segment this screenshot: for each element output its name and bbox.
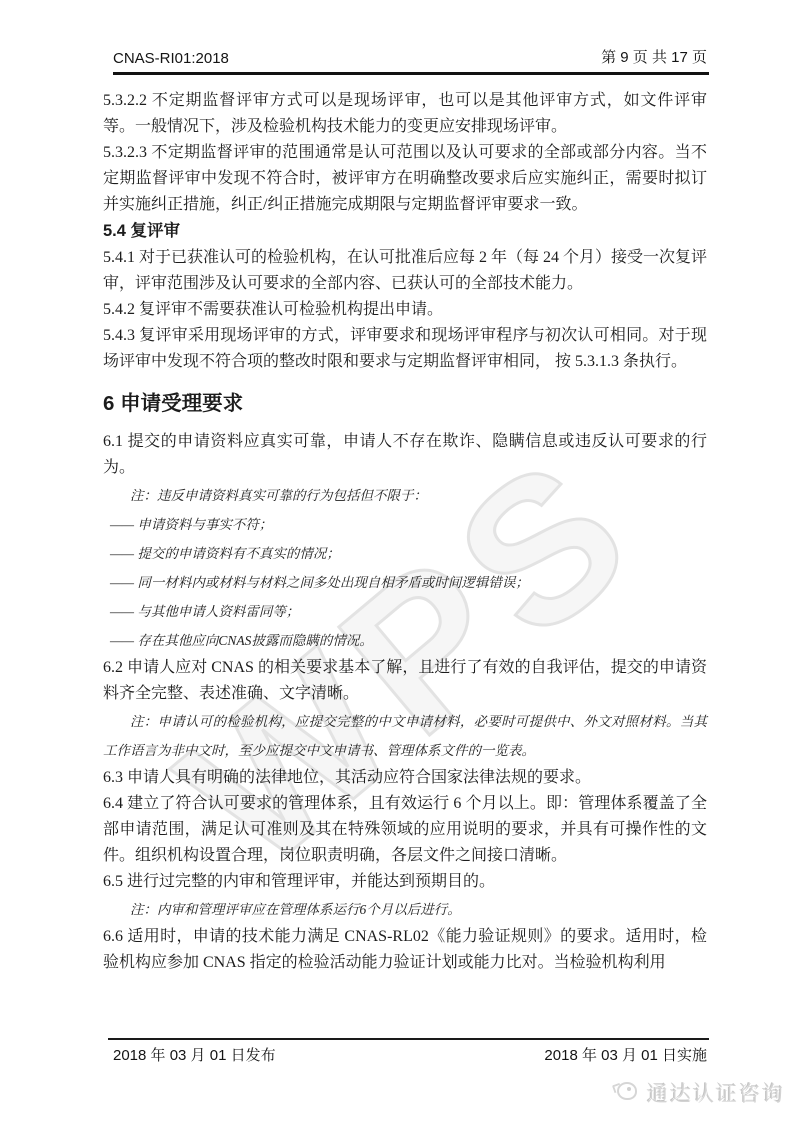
brand-watermark: 通达认证咨询 xyxy=(613,1078,785,1108)
clause-paragraph: 6.1 提交的申请资料应真实可靠，申请人不存在欺诈、隐瞒信息或违反认可要求的行为… xyxy=(103,429,707,481)
clause-paragraph: 6.5 进行过完整的内审和管理评审，并能达到预期目的。 xyxy=(103,869,707,895)
clause-paragraph: 5.3.2.2 不定期监督评审方式可以是现场评审，也可以是其他评审方式，如文件评… xyxy=(103,88,707,140)
note-list-item: —— 与其他申请人资料雷同等； xyxy=(103,597,707,626)
note-list-item: —— 存在其他应向CNAS披露而隐瞒的情况。 xyxy=(103,626,707,655)
chapter-heading: 6 申请受理要求 xyxy=(103,388,707,420)
note-list-item: —— 提交的申请资料有不真实的情况； xyxy=(103,539,707,568)
clause-paragraph: 6.3 申请人具有明确的法律地位，其活动应符合国家法律法规的要求。 xyxy=(103,765,707,791)
page-header: CNAS-RI01:2018 第 9 页 共 17 页 xyxy=(113,46,707,67)
chat-bubble-logo-icon xyxy=(613,1082,639,1104)
note-list-item: —— 申请资料与事实不符； xyxy=(103,510,707,539)
clause-paragraph: 5.4.1 对于已获准认可的检验机构，在认可批准后应每 2 年（每 24 个月）… xyxy=(103,245,707,297)
clause-paragraph: 5.3.2.3 不定期监督评审的范围通常是认可范围以及认可要求的全部或部分内容。… xyxy=(103,140,707,218)
document-body: 5.3.2.2 不定期监督评审方式可以是现场评审，也可以是其他评审方式，如文件评… xyxy=(103,88,707,976)
brand-name: 通达认证咨询 xyxy=(647,1078,785,1108)
clause-paragraph: 6.6 适用时，申请的技术能力满足 CNAS-RL02《能力验证规则》的要求。适… xyxy=(103,924,707,976)
note-text: 注：违反申请资料真实可靠的行为包括但不限于： xyxy=(103,481,707,510)
footer-rule xyxy=(108,1038,709,1040)
clause-paragraph: 6.4 建立了符合认可要求的管理体系，且有效运行 6 个月以上。即：管理体系覆盖… xyxy=(103,791,707,869)
issue-date: 2018 年 03 月 01 日发布 xyxy=(113,1044,276,1065)
clause-paragraph: 6.2 申请人应对 CNAS 的相关要求基本了解，且进行了有效的自我评估，提交的… xyxy=(103,655,707,707)
note-list-item: —— 同一材料内或材料与材料之间多处出现自相矛盾或时间逻辑错误； xyxy=(103,568,707,597)
clause-paragraph: 5.4.2 复评审不需要获准认可检验机构提出申请。 xyxy=(103,297,707,323)
note-text: 注：内审和管理评审应在管理体系运行6个月以后进行。 xyxy=(103,895,707,924)
note-text: 注：申请认可的检验机构，应提交完整的中文申请材料，必要时可提供中、外文对照材料。… xyxy=(103,707,707,765)
page-number: 第 9 页 共 17 页 xyxy=(601,46,707,67)
document-page: WPS CNAS-RI01:2018 第 9 页 共 17 页 5.3.2.2 … xyxy=(0,0,793,1122)
page-footer: 2018 年 03 月 01 日发布 2018 年 03 月 01 日实施 xyxy=(113,1044,707,1065)
implement-date: 2018 年 03 月 01 日实施 xyxy=(544,1044,707,1065)
clause-paragraph: 5.4.3 复评审采用现场评审的方式，评审要求和现场评审程序与初次认可相同。对于… xyxy=(103,323,707,375)
header-rule xyxy=(113,72,709,75)
subsection-heading: 5.4 复评审 xyxy=(103,218,707,245)
doc-code: CNAS-RI01:2018 xyxy=(113,50,229,67)
